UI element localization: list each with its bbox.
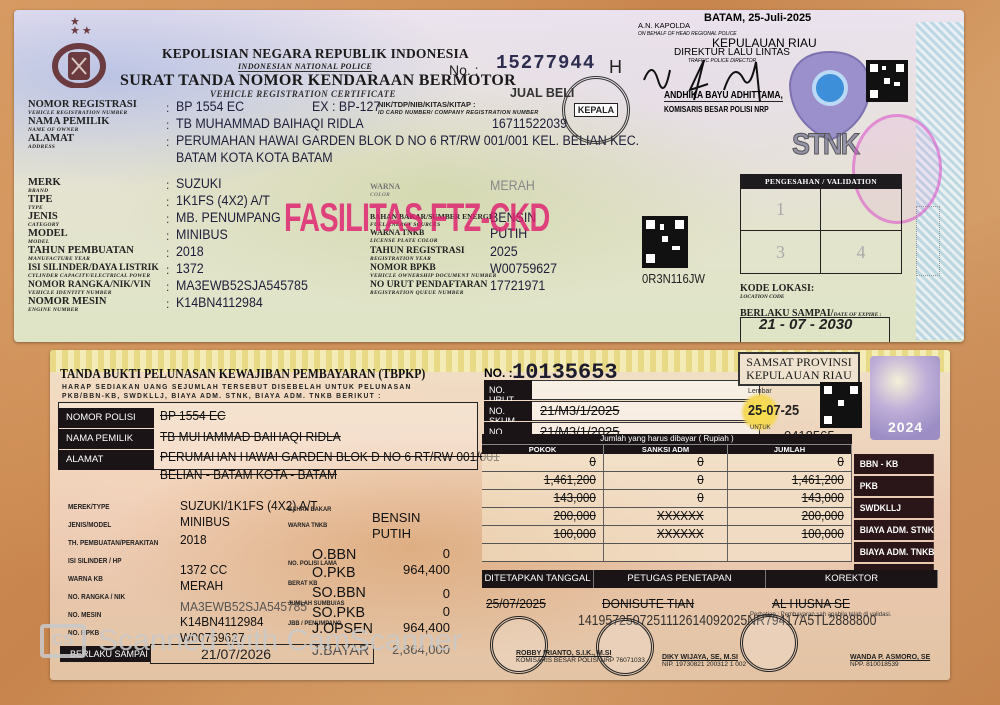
payment-cell-sanksi xyxy=(616,544,728,561)
kode-lokasi: KODE LOKASI:LOCATION CODE xyxy=(740,284,814,302)
payment-cell-jumlah: 100,000 xyxy=(740,526,852,543)
payment-row: 000 xyxy=(482,454,852,472)
kepala-round-stamp: KEPALA xyxy=(562,76,630,144)
tax-value-opkb: 964,400 xyxy=(380,562,450,577)
value-alamat-line2: BATAM KOTA KOTA BATAM xyxy=(176,150,333,165)
payment-cell-sanksi: 0 xyxy=(616,454,728,471)
validation-grid: PENGESAHAN / VALIDATION 1 3 4 xyxy=(740,174,902,274)
fee-label: SWDKLLJ xyxy=(854,498,934,518)
official-1: ROBBY IRIANTO, S.I.K., M.SIKOMISARIS BES… xyxy=(516,650,645,664)
key-nomor-polisi: NOMOR POLISI xyxy=(58,408,154,428)
payment-cell-sanksi: XXXXXX xyxy=(616,526,728,543)
label-tahun-registrasi: TAHUN REGISTRASIREGISTRATION YEAR xyxy=(370,246,465,262)
value-alamat-line1: PERUMAHAN HAWAI GARDEN BLOK D NO 6 RT/RW… xyxy=(176,133,639,148)
payment-row xyxy=(482,544,852,562)
fee-labels: BBN - KBPKBSWDKLLJBIAYA ADM. STNKBIAYA A… xyxy=(854,454,938,586)
key-jenis-model: JENIS/MODEL xyxy=(68,520,111,529)
payment-cell-pokok: 200,000 xyxy=(494,508,604,525)
footer-header: DITETAPKAN TANGGAL PETUGAS PENETAPAN KOR… xyxy=(482,570,938,588)
label-tipe: TIPETYPE xyxy=(28,195,53,211)
fee-label: BIAYA ADM. TNKB xyxy=(854,542,934,562)
label-nomor-mesin: NOMOR MESINENGINE NUMBER xyxy=(28,297,106,313)
payment-cell-sanksi: XXXXXX xyxy=(616,508,728,525)
tbpkp-number-label: NO. : xyxy=(484,366,513,380)
value-tipe: 1K1FS (4X2) A/T xyxy=(176,193,270,208)
official-3: WANDA P. ASMORO, SENPP. 810018539 xyxy=(850,654,930,668)
validation-cell: 3 xyxy=(741,231,821,273)
value-warna-tnkb: PUTIH xyxy=(372,526,411,541)
value-nomor-bpkb: W00759627 xyxy=(490,261,557,276)
key-no-rangka: NO. RANGKA / NIK xyxy=(68,592,125,601)
stnk-hologram-text: STNK xyxy=(792,128,858,162)
value-tahun-registrasi: 2025 xyxy=(490,244,518,259)
payment-cell-pokok: 0 xyxy=(494,454,604,471)
label-nomor-rangka: NOMOR RANGKA/NIK/VINVEHICLE IDENTITY NUM… xyxy=(28,280,151,296)
doc-number-label: No. : xyxy=(449,62,479,78)
tax-value-sopkb: 0 xyxy=(380,604,450,619)
official-stamp xyxy=(740,614,798,672)
qr-code-icon xyxy=(866,60,908,102)
petugas-penetapan: DONISUTE TIAN xyxy=(602,596,694,611)
camscanner-text: Scanned with CamScanner xyxy=(98,624,462,658)
value-nomor-polisi: BP 1554 EC xyxy=(160,408,226,423)
key-warna-kb: WARNA KB xyxy=(68,574,103,583)
tax-label-obbn: O.BBN xyxy=(312,546,356,563)
payment-cell-jumlah xyxy=(740,544,852,561)
label-nik-tdp: NIK/TDP/NIB/KITAS/KITAP :ID CARD NUMBER/… xyxy=(378,100,538,116)
payment-cell-jumlah: 1,461,200 xyxy=(740,472,852,489)
signer-rank: KOMISARIS BESAR POLISI NRP xyxy=(664,105,769,114)
label-nama-pemilik: NAMA PEMILIKNAME OF OWNER xyxy=(28,117,109,133)
payment-header: POKOK SANKSI ADM JUMLAH xyxy=(482,444,852,454)
tax-value-sobbn: 0 xyxy=(380,586,450,601)
payment-cell-pokok: 143,000 xyxy=(494,490,604,507)
value-nama-pemilik: TB MUHAMMAD BAIHAQI RIDLA xyxy=(176,116,364,131)
key-nama-pemilik: NAMA PEMILIK xyxy=(58,429,154,449)
qr-code-icon xyxy=(820,382,862,428)
official-stamp xyxy=(596,618,654,676)
camscanner-logo-icon: CS xyxy=(40,624,86,658)
label-alamat: ALAMATADDRESS xyxy=(28,134,74,150)
label-no-urut-pendaftaran: NO URUT PENDAFTARANREGISTRATION QUEUE NU… xyxy=(370,280,487,296)
validation-cell: 4 xyxy=(821,231,901,273)
samsat-label: SAMSAT PROVINSI KEPULAUAN RIAU xyxy=(738,352,860,386)
expire-date: 21 - 07 - 2030 xyxy=(759,316,852,333)
value-ex-plate: EX : BP-127 xyxy=(312,99,380,114)
org-subtitle: INDONESIAN NATIONAL POLICE xyxy=(238,62,372,72)
value-jenis: MB. PENUMPANG xyxy=(176,210,281,225)
fee-label: BBN - KB xyxy=(854,454,934,474)
lembar-label: Lembar xyxy=(748,388,772,395)
key-th-pembuatan: TH. PEMBUATAN/PERAKITAN xyxy=(68,538,158,547)
label-nomor-bpkb: NOMOR BPKBVEHICLE OWNERSHIP DOCUMENT NUM… xyxy=(370,263,497,279)
reference-numbers: NO. URUT NO. SKUM 21/M3/1/2025 NO. KOHIR… xyxy=(484,380,760,440)
star-icon: ★★★ xyxy=(70,18,94,36)
official-2: DIKY WIJAYA, SE, M.SINIP. 19730821 20031… xyxy=(662,654,746,668)
payment-row: 1,461,20001,461,200 xyxy=(482,472,852,490)
doc-number: 15277944 xyxy=(496,52,595,74)
value-jenis-model: MINIBUS xyxy=(180,514,230,529)
payment-row: 143,0000143,000 xyxy=(482,490,852,508)
payment-row: 100,000XXXXXX100,000 xyxy=(482,526,852,544)
label-model: MODELMODEL xyxy=(28,229,68,245)
payment-cell-sanksi: 0 xyxy=(616,490,728,507)
tax-label-sopkb: SO.PKB xyxy=(312,604,365,621)
payment-cell-pokok: 100,000 xyxy=(494,526,604,543)
org-title: KEPOLISIAN NEGARA REPUBLIK INDONESIA xyxy=(162,46,469,62)
payment-cell-pokok: 1,461,200 xyxy=(494,472,604,489)
stnk-card: ★★★ KEPOLISIAN NEGARA REPUBLIK INDONESIA… xyxy=(14,10,964,342)
police-emblem-icon xyxy=(44,40,114,88)
label-nomor-registrasi: NOMOR REGISTRASIVEHICLE REGISTRATION NUM… xyxy=(28,100,137,116)
payment-caption: Jumlah yang harus dibayar ( Rupiah ) xyxy=(482,434,852,444)
value-tahun-pembuatan: 2018 xyxy=(176,244,204,259)
tbpkp-instruction: HARAP SEDIAKAN UANG SEJUMLAH TERSEBUT DI… xyxy=(62,382,412,400)
official-stamp xyxy=(490,616,548,674)
key-alamat: ALAMAT xyxy=(58,450,154,470)
qr-code-icon xyxy=(642,216,688,268)
value-no-urut-pendaftaran: 17721971 xyxy=(490,278,545,293)
value-alamat-line1: PERUMAHAN HAWAI GARDEN BLOK D NO 6 RT/RW… xyxy=(160,449,500,464)
hologram-seal xyxy=(916,206,940,276)
lembar-date: 25-07-25 xyxy=(748,402,799,419)
value-warna: MERAH xyxy=(490,178,535,193)
value-nama-pemilik: TB MUHAMMAD BAIHAQI RIDLA xyxy=(160,429,341,444)
key-no-mesin: NO. MESIN xyxy=(68,610,101,619)
value-bahan-bakar: BENSIN xyxy=(372,510,420,525)
label-merk: MERKBRAND xyxy=(28,178,61,194)
tax-value-obbn: 0 xyxy=(380,546,450,561)
fee-label: PKB xyxy=(854,476,934,496)
value-warna-kb: MERAH xyxy=(180,578,223,593)
payment-cell-sanksi: 0 xyxy=(616,472,728,489)
key-no-urut: NO. URUT xyxy=(484,380,532,400)
qr-code-label: 0R3N116JW xyxy=(642,272,705,286)
value-th-pembuatan: 2018 xyxy=(180,532,207,547)
fasilitas-stamp: FASILITAS FTZ-CKD xyxy=(284,196,550,241)
hologram-sticker: 2024 xyxy=(870,356,940,440)
ditetapkan-tanggal: 25/07/2025 xyxy=(486,596,546,611)
payment-cell-jumlah: 200,000 xyxy=(740,508,852,525)
value-alamat-line2: BELIAN - BATAM KOTA - BATAM xyxy=(160,467,337,482)
label-tahun-pembuatan: TAHUN PEMBUATANMANUFACTURE YEAR xyxy=(28,246,134,262)
value-isi-silinder: 1372 xyxy=(176,261,204,276)
value-no-skum: 21/M3/1/2025 xyxy=(540,403,620,418)
tax-label-sobbn: SO.BBN xyxy=(312,584,366,601)
doc-number-suffix: H xyxy=(609,57,622,78)
tax-label-opkb: O.PKB xyxy=(312,564,356,581)
validation-cell: 1 xyxy=(741,189,821,231)
key-isi-silinder: ISI SILINDER / HP xyxy=(68,556,121,565)
value-nomor-registrasi: BP 1554 EC xyxy=(176,99,244,114)
payment-table: Jumlah yang harus dibayar ( Rupiah ) POK… xyxy=(482,434,852,562)
key-bahan-bakar: BAHAN BAKAR xyxy=(288,506,331,513)
expire-date-box: 21 - 07 - 2030 xyxy=(740,317,890,342)
key-merek-type: MEREK/TYPE xyxy=(68,502,109,511)
value-merk: SUZUKI xyxy=(176,176,222,191)
signer-name: ANDHIKA BAYU ADHITTAMA, xyxy=(664,90,783,102)
payment-row: 200,000XXXXXX200,000 xyxy=(482,508,852,526)
label-jenis: JENISCATEGORY xyxy=(28,212,59,228)
validation-title: PENGESAHAN / VALIDATION xyxy=(740,174,902,189)
payment-cell-jumlah: 143,000 xyxy=(740,490,852,507)
korektor: AL HUSNA SE xyxy=(772,596,850,611)
label-isi-silinder: ISI SILINDER/DAYA LISTRIKCYLINDER CAPACI… xyxy=(28,263,159,279)
value-model: MINIBUS xyxy=(176,227,228,242)
validation-cell xyxy=(821,189,901,231)
camscanner-watermark: CS Scanned with CamScanner xyxy=(40,624,462,658)
key-warna-tnkb: WARNA TNKB xyxy=(288,522,327,529)
value-nik: 16711522039 xyxy=(492,116,567,131)
value-nomor-rangka: MA3EWB52SJA545785 xyxy=(176,278,308,293)
payment-cell-jumlah: 0 xyxy=(740,454,852,471)
key-no-skum: NO. SKUM xyxy=(484,401,532,421)
fee-label: BIAYA ADM. STNK xyxy=(854,520,934,540)
doc-subtitle: VEHICLE REGISTRATION CERTIFICATE xyxy=(210,89,396,99)
tbpkp-title: TANDA BUKTI PELUNASAN KEWAJIBAN PEMBAYAR… xyxy=(60,366,425,382)
value-isi-silinder: 1372 CC xyxy=(180,562,227,577)
value-nomor-mesin: K14BN4112984 xyxy=(176,295,263,310)
payment-cell-pokok xyxy=(494,544,604,561)
